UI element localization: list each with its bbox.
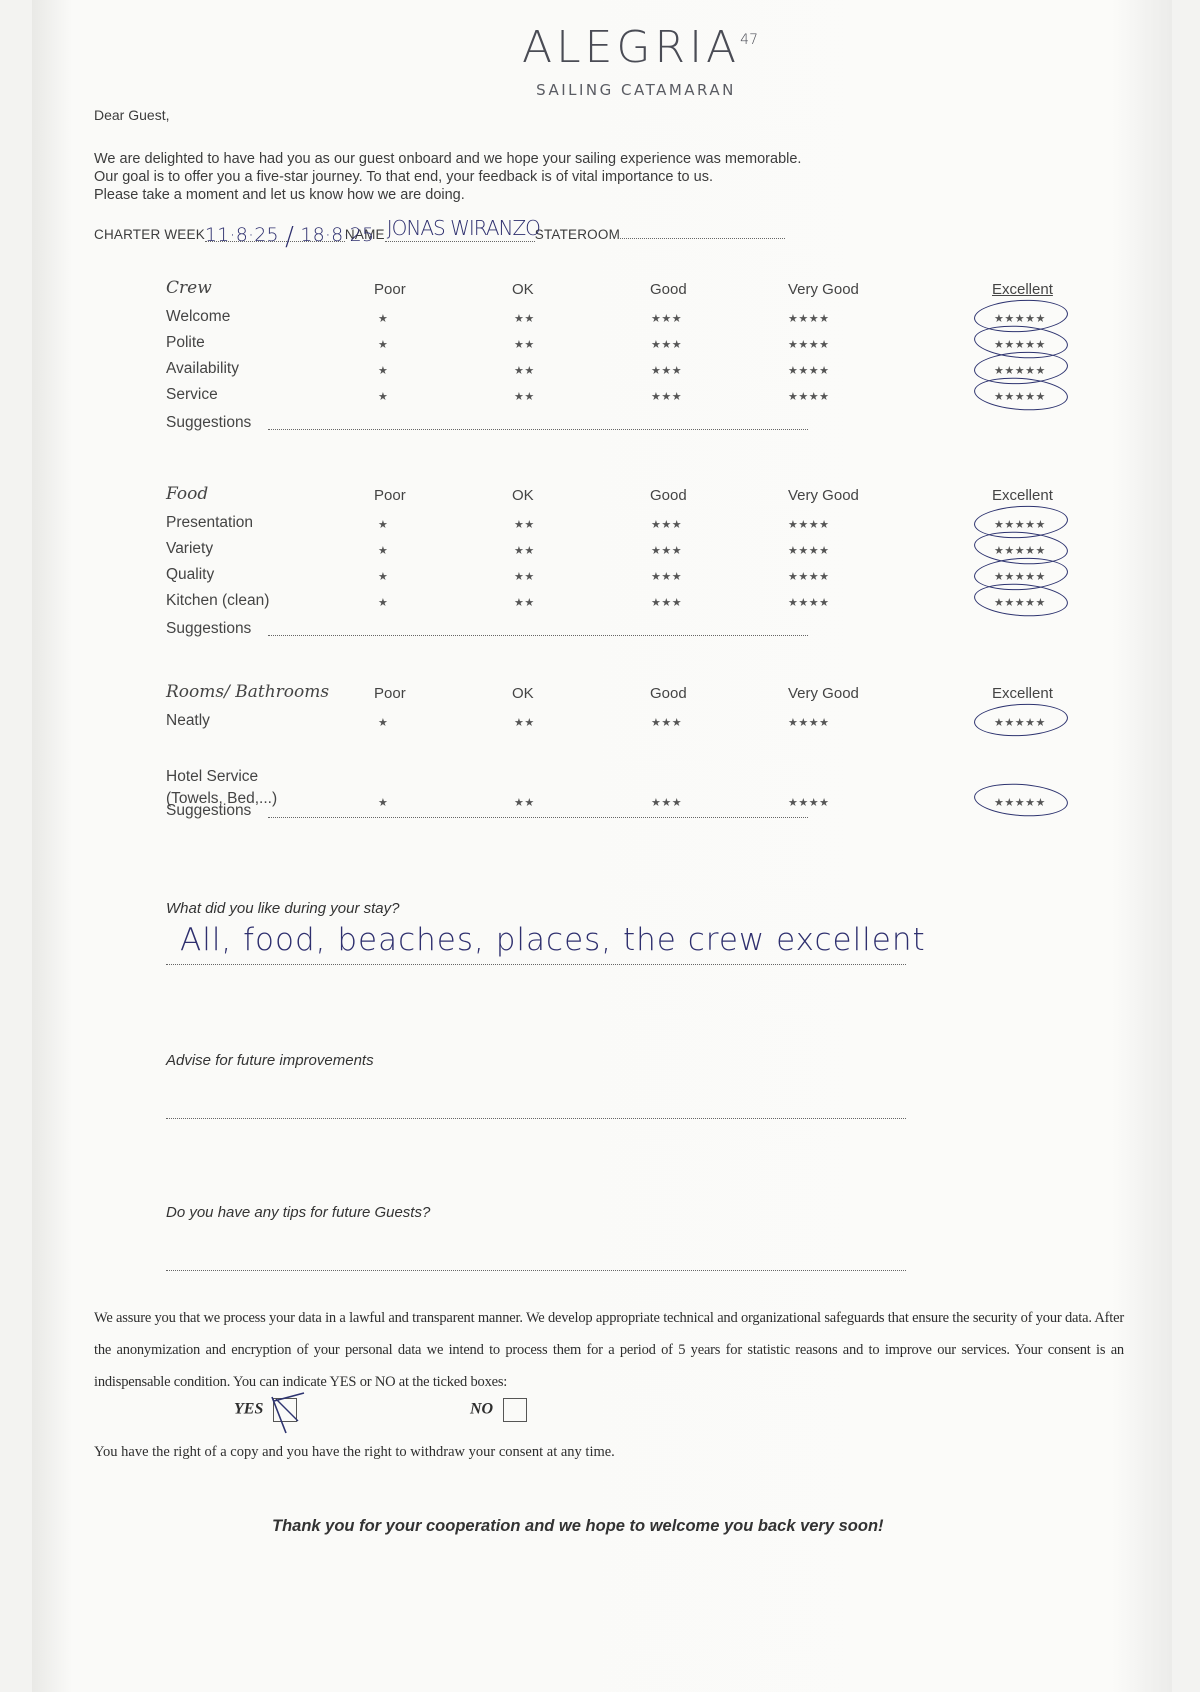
column-header: OK (512, 685, 534, 702)
logo-superscript: 47 (740, 32, 758, 48)
rating-option-good[interactable]: ★★★ (651, 338, 682, 351)
suggestions-field[interactable] (268, 429, 808, 430)
rating-option-very-good[interactable]: ★★★★ (788, 544, 829, 557)
rating-option-ok[interactable]: ★★ (514, 796, 535, 809)
rating-option-poor[interactable]: ★ (378, 596, 388, 609)
rating-option-very-good[interactable]: ★★★★ (788, 716, 829, 729)
suggestions-field[interactable] (268, 817, 808, 818)
closing-message: Thank you for your cooperation and we ho… (272, 1517, 884, 1536)
liked-question: What did you like during your stay? (166, 900, 399, 917)
column-header: OK (512, 487, 534, 504)
intro-line: Please take a moment and let us know how… (94, 186, 801, 204)
column-header: Excellent (992, 281, 1053, 298)
section-title: Crew (166, 278, 212, 298)
rating-option-very-good[interactable]: ★★★★ (788, 390, 829, 403)
rating-option-good[interactable]: ★★★ (651, 716, 682, 729)
name-field[interactable]: JONAS WIRANZO (385, 226, 535, 242)
rating-option-good[interactable]: ★★★ (651, 312, 682, 325)
rating-row-label: Welcome (166, 308, 230, 326)
rating-option-poor[interactable]: ★ (378, 544, 388, 557)
column-header: Very Good (788, 685, 859, 702)
greeting: Dear Guest, (94, 107, 169, 123)
rating-option-ok[interactable]: ★★ (514, 596, 535, 609)
rating-row-label: Availability (166, 360, 239, 378)
rating-option-ok[interactable]: ★★ (514, 390, 535, 403)
charter-line: CHARTER WEEK11·8·25 / 18·8·25NAMEJONAS W… (94, 226, 934, 242)
charter-week-label: CHARTER WEEK (94, 227, 205, 242)
rating-option-very-good[interactable]: ★★★★ (788, 596, 829, 609)
rating-option-poor[interactable]: ★ (378, 796, 388, 809)
yes-label: YES (234, 1401, 263, 1418)
yes-checkbox[interactable] (273, 1398, 297, 1422)
rating-option-ok[interactable]: ★★ (514, 544, 535, 557)
charter-week-value: 11·8·25 / 18·8·25 (205, 218, 374, 248)
rating-option-ok[interactable]: ★★ (514, 364, 535, 377)
rating-option-good[interactable]: ★★★ (651, 390, 682, 403)
check-mark-icon (268, 1391, 308, 1443)
section-title: Food (166, 484, 208, 504)
column-header: Very Good (788, 487, 859, 504)
rating-option-very-good[interactable]: ★★★★ (788, 312, 829, 325)
row-label-line: Hotel Service (166, 766, 277, 788)
consent-no: NO (470, 1398, 527, 1422)
feedback-form-paper (32, 0, 1172, 1692)
tips-question: Do you have any tips for future Guests? (166, 1204, 430, 1221)
suggestions-label: Suggestions (166, 620, 251, 638)
improvements-answer-field[interactable] (166, 1118, 906, 1119)
rating-option-poor[interactable]: ★ (378, 518, 388, 531)
column-header: Excellent (992, 685, 1053, 702)
rating-option-good[interactable]: ★★★ (651, 570, 682, 583)
liked-answer: All, food, beaches, places, the crew exc… (180, 922, 926, 958)
logo-text: ALEGRIA47 (522, 22, 758, 73)
rating-option-good[interactable]: ★★★ (651, 518, 682, 531)
column-header: Poor (374, 487, 406, 504)
rating-option-good[interactable]: ★★★ (651, 364, 682, 377)
rating-row-label: Presentation (166, 514, 253, 532)
column-header: Very Good (788, 281, 859, 298)
consent-text: We assure you that we process your data … (94, 1302, 1124, 1398)
column-header: OK (512, 281, 534, 298)
rating-row-label: Neatly (166, 712, 210, 730)
rating-option-poor[interactable]: ★ (378, 716, 388, 729)
rating-option-poor[interactable]: ★ (378, 364, 388, 377)
column-header: Good (650, 685, 687, 702)
improvements-question: Advise for future improvements (166, 1052, 374, 1069)
no-checkbox[interactable] (503, 1398, 527, 1422)
rating-row-label: Variety (166, 540, 213, 558)
rating-option-very-good[interactable]: ★★★★ (788, 338, 829, 351)
column-header: Good (650, 281, 687, 298)
column-header: Poor (374, 281, 406, 298)
liked-answer-line[interactable] (166, 964, 906, 965)
column-header: Good (650, 487, 687, 504)
no-label: NO (470, 1401, 493, 1418)
intro-line: Our goal is to offer you a five-star jou… (94, 168, 801, 186)
tips-answer-field[interactable] (166, 1270, 906, 1271)
rating-option-good[interactable]: ★★★ (651, 596, 682, 609)
name-value: JONAS WIRANZO (387, 216, 540, 240)
rating-option-very-good[interactable]: ★★★★ (788, 518, 829, 531)
rating-row-label: Kitchen (clean) (166, 592, 269, 610)
rating-option-very-good[interactable]: ★★★★ (788, 364, 829, 377)
logo: ALEGRIA47 (0, 22, 1200, 73)
suggestions-label: Suggestions (166, 802, 251, 820)
rating-option-very-good[interactable]: ★★★★ (788, 570, 829, 583)
rating-option-ok[interactable]: ★★ (514, 312, 535, 325)
rating-option-ok[interactable]: ★★ (514, 338, 535, 351)
consent-yes: YES (234, 1398, 297, 1422)
rating-option-good[interactable]: ★★★ (651, 796, 682, 809)
rating-row-label: Quality (166, 566, 214, 584)
consent-rights: You have the right of a copy and you hav… (94, 1444, 615, 1461)
stateroom-field[interactable] (620, 227, 785, 239)
rating-option-good[interactable]: ★★★ (651, 544, 682, 557)
column-header: Excellent (992, 487, 1053, 504)
rating-option-ok[interactable]: ★★ (514, 570, 535, 583)
intro-text: We are delighted to have had you as our … (94, 150, 801, 204)
section-title: Rooms/ Bathrooms (166, 682, 329, 702)
rating-option-poor[interactable]: ★ (378, 338, 388, 351)
suggestions-label: Suggestions (166, 414, 251, 432)
rating-option-ok[interactable]: ★★ (514, 518, 535, 531)
intro-line: We are delighted to have had you as our … (94, 150, 801, 168)
rating-option-ok[interactable]: ★★ (514, 716, 535, 729)
logo-subtitle: SAILING CATAMARAN (0, 81, 1200, 99)
column-header: Poor (374, 685, 406, 702)
stateroom-label: STATEROOM (535, 227, 620, 242)
rating-option-poor[interactable]: ★ (378, 570, 388, 583)
rating-row-label: Polite (166, 334, 205, 352)
rating-row-label: Service (166, 386, 218, 404)
suggestions-field[interactable] (268, 635, 808, 636)
rating-option-poor[interactable]: ★ (378, 312, 388, 325)
rating-option-very-good[interactable]: ★★★★ (788, 796, 829, 809)
rating-option-poor[interactable]: ★ (378, 390, 388, 403)
charter-week-field[interactable]: 11·8·25 / 18·8·25 (205, 226, 345, 242)
